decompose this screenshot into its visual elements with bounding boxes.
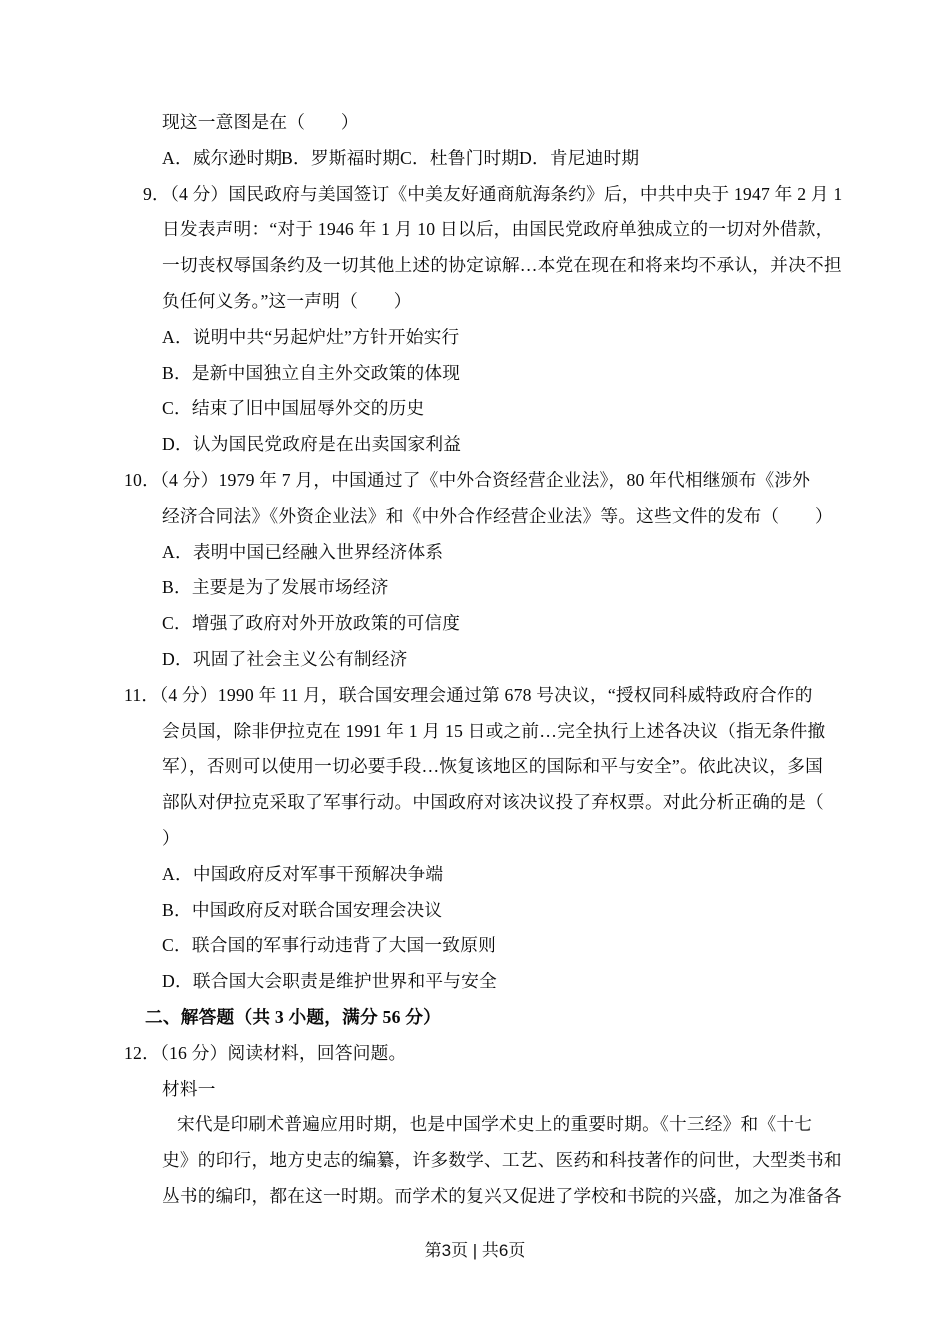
q12-material-1-line-2: 史》的印行，地方史志的编纂，许多数学、工艺、医药和科技著作的问世，大型类书和 [0,1143,950,1179]
q8-options-row-option-b: B．罗斯福时期 [281,141,400,177]
q10-option-b: B．主要是为了发展市场经济 [0,570,950,606]
q8-options-row-option-c: C．杜鲁门时期 [400,141,519,177]
q8-options-row-option-d: D．肯尼迪时期 [519,141,638,177]
q10-option-a: A．表明中国已经融入世界经济体系 [0,535,950,571]
q11-option-b: B．中国政府反对联合国安理会决议 [0,893,950,929]
q9-stem-line-3: 一切丧权辱国条约及一切其他上述的协定谅解…本党在现在和将来均不承认，并决不担 [0,248,950,284]
q11-stem-line-4: 部队对伊拉克采取了军事行动。中国政府对该决议投了弃权票。对此分析正确的是（ [0,785,950,821]
q11-option-c: C．联合国的军事行动违背了大国一致原则 [0,928,950,964]
section-2-header: 二、解答题（共 3 小题，满分 56 分） [0,1000,950,1036]
q8-stem-tail: 现这一意图是在（ ） [0,105,950,141]
document-lines: 现这一意图是在（ ）A．威尔逊时期B．罗斯福时期C．杜鲁门时期D．肯尼迪时期9．… [0,105,950,1215]
q10-option-c: C．增强了政府对外开放政策的可信度 [0,606,950,642]
q11-stem-line-2: 会员国，除非伊拉克在 1991 年 1 月 15 日或之前…完全执行上述各决议（… [0,714,950,750]
q11-option-a: A．中国政府反对军事干预解决争端 [0,857,950,893]
q10-stem-line-2: 经济合同法》《外资企业法》和《中外合作经营企业法》等。这些文件的发布（ ） [0,499,950,535]
q9-option-a: A．说明中共“另起炉灶”方针开始实行 [0,320,950,356]
q11-stem-line-3: 军），否则可以使用一切必要手段…恢复该地区的国际和平与安全”。依此决议，多国 [0,749,950,785]
exam-page: 现这一意图是在（ ）A．威尔逊时期B．罗斯福时期C．杜鲁门时期D．肯尼迪时期9．… [0,0,950,1344]
q10-option-d: D．巩固了社会主义公有制经济 [0,642,950,678]
q9-option-b: B．是新中国独立自主外交政策的体现 [0,356,950,392]
q12-material-1-line-1: 宋代是印刷术普遍应用时期，也是中国学术史上的重要时期。《十三经》和《十七 [0,1107,950,1143]
page-footer: 第3页 | 共6页 [0,1238,950,1264]
q9-stem-line-4: 负任何义务。”这一声明（ ） [0,284,950,320]
q8-options-row-option-a: A．威尔逊时期 [162,141,281,177]
q9-stem-line-2: 日发表声明：“对于 1946 年 1 月 10 日以后，由国民党政府单独成立的一… [0,212,950,248]
q11-stem-line-1: 11．（4 分）1990 年 11 月，联合国安理会通过第 678 号决议，“授… [0,678,950,714]
q11-option-d: D．联合国大会职责是维护世界和平与安全 [0,964,950,1000]
q9-option-c: C．结束了旧中国屈辱外交的历史 [0,391,950,427]
q11-stem-line-5: ） [0,821,950,857]
q12-stem-line-1: 12．（16 分）阅读材料，回答问题。 [0,1036,950,1072]
q9-stem-line-1: 9．（4 分）国民政府与美国签订《中美友好通商航海条约》后，中共中央于 1947… [0,177,950,213]
q12-material-1-label: 材料一 [0,1072,950,1108]
q9-option-d: D．认为国民党政府是在出卖国家利益 [0,427,950,463]
q12-material-1-line-3: 丛书的编印，都在这一时期。而学术的复兴又促进了学校和书院的兴盛，加之为准备各 [0,1179,950,1215]
q10-stem-line-1: 10．（4 分）1979 年 7 月，中国通过了《中外合资经营企业法》，80 年… [0,463,950,499]
q8-options-row: A．威尔逊时期B．罗斯福时期C．杜鲁门时期D．肯尼迪时期 [0,141,950,177]
